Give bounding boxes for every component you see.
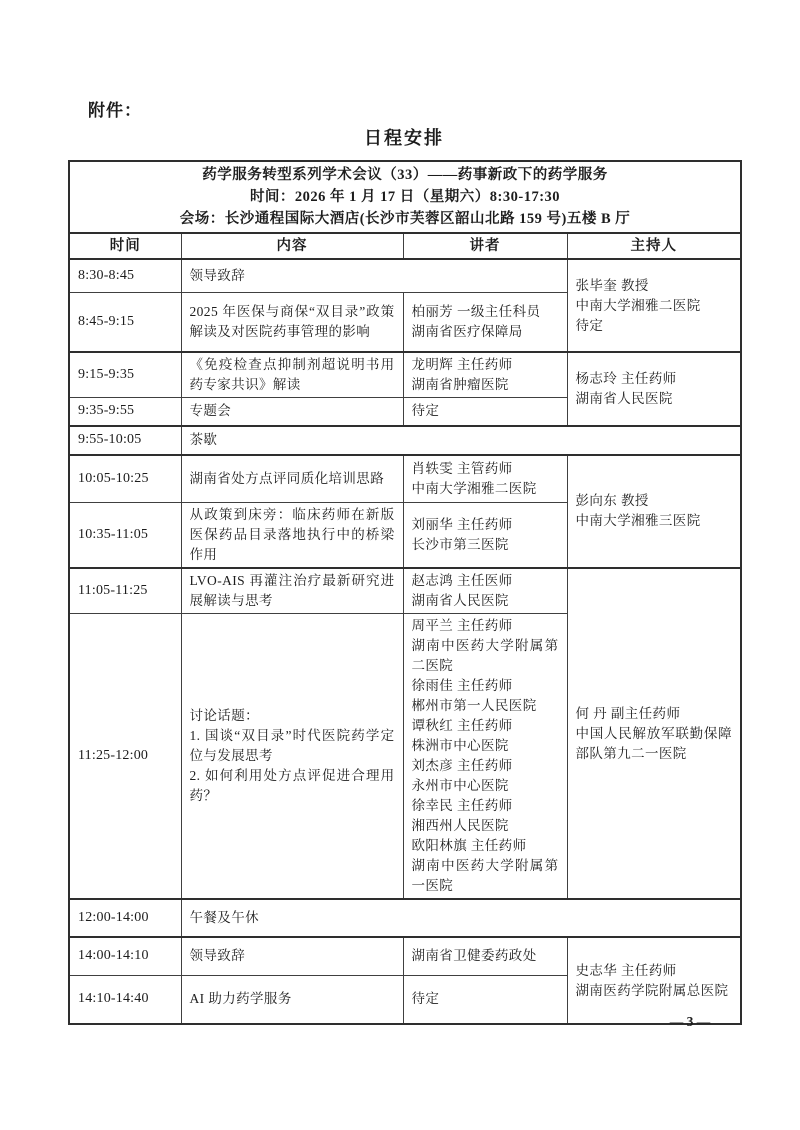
meeting-time: 时间：2026 年 1 月 17 日（星期六）8:30-17:30 bbox=[78, 186, 732, 208]
cell-moderator: 杨志玲 主任药师 湖南省人民医院 bbox=[567, 352, 741, 426]
cell-speaker: 赵志鸿 主任医师 湖南省人民医院 bbox=[403, 568, 567, 614]
agenda-table: 药学服务转型系列学术会议（33）——药事新政下的药学服务 时间：2026 年 1… bbox=[68, 160, 742, 1025]
cell-content: 领导致辞 bbox=[181, 937, 403, 975]
cell-speaker: 柏丽芳 一级主任科员 湖南省医疗保障局 bbox=[403, 292, 567, 352]
cell-time: 11:05-11:25 bbox=[69, 568, 181, 614]
column-header-time: 时间 bbox=[69, 233, 181, 259]
table-row: 10:05-10:25 湖南省处方点评同质化培训思路 肖轶雯 主管药师 中南大学… bbox=[69, 455, 741, 503]
document-page: 附件： 日程安排 药学服务转型系列学术会议（33）——药事新政下的药学服务 时间… bbox=[0, 0, 800, 1130]
cell-content: AI 助力药学服务 bbox=[181, 975, 403, 1024]
cell-speaker: 周平兰 主任药师 湖南中医药大学附属第二医院 徐雨佳 主任药师 郴州市第一人民医… bbox=[403, 614, 567, 900]
cell-time: 8:30-8:45 bbox=[69, 259, 181, 292]
cell-time: 9:55-10:05 bbox=[69, 426, 181, 455]
cell-moderator: 张毕奎 教授 中南大学湘雅二医院 待定 bbox=[567, 259, 741, 352]
cell-content: 从政策到床旁：临床药师在新版医保药品目录落地执行中的桥梁作用 bbox=[181, 503, 403, 569]
cell-content: 领导致辞 bbox=[181, 259, 567, 292]
cell-content: 2025 年医保与商保“双目录”政策解读及对医院药事管理的影响 bbox=[181, 292, 403, 352]
cell-time: 11:25-12:00 bbox=[69, 614, 181, 900]
column-header-moderator: 主持人 bbox=[567, 233, 741, 259]
cell-content: 午餐及午休 bbox=[181, 899, 741, 937]
cell-moderator: 彭向东 教授 中南大学湘雅三医院 bbox=[567, 455, 741, 569]
table-row: 8:30-8:45 领导致辞 张毕奎 教授 中南大学湘雅二医院 待定 bbox=[69, 259, 741, 292]
cell-speaker: 刘丽华 主任药师 长沙市第三医院 bbox=[403, 503, 567, 569]
cell-moderator: 何 丹 副主任药师 中国人民解放军联勤保障部队第九二一医院 bbox=[567, 568, 741, 899]
table-row: 9:15-9:35 《免疫检查点抑制剂超说明书用药专家共识》解读 龙明辉 主任药… bbox=[69, 352, 741, 398]
table-row: 11:05-11:25 LVO-AIS 再灌注治疗最新研究进展解读与思考 赵志鸿… bbox=[69, 568, 741, 614]
table-header-block: 药学服务转型系列学术会议（33）——药事新政下的药学服务 时间：2026 年 1… bbox=[69, 161, 741, 233]
page-title: 日程安排 bbox=[68, 124, 740, 150]
cell-content: 湖南省处方点评同质化培训思路 bbox=[181, 455, 403, 503]
cell-moderator: 史志华 主任药师 湖南医药学院附属总医院 bbox=[567, 937, 741, 1024]
cell-speaker: 湖南省卫健委药政处 bbox=[403, 937, 567, 975]
cell-content: 《免疫检查点抑制剂超说明书用药专家共识》解读 bbox=[181, 352, 403, 398]
cell-content: 茶歇 bbox=[181, 426, 741, 455]
cell-time: 8:45-9:15 bbox=[69, 292, 181, 352]
meeting-venue: 会场：长沙通程国际大酒店(长沙市芙蓉区韶山北路 159 号)五楼 B 厅 bbox=[78, 208, 732, 230]
cell-time: 12:00-14:00 bbox=[69, 899, 181, 937]
table-row: 9:55-10:05 茶歇 bbox=[69, 426, 741, 455]
meeting-title: 药学服务转型系列学术会议（33）——药事新政下的药学服务 bbox=[78, 164, 732, 186]
cell-speaker: 待定 bbox=[403, 398, 567, 426]
table-row: 14:00-14:10 领导致辞 湖南省卫健委药政处 史志华 主任药师 湖南医药… bbox=[69, 937, 741, 975]
cell-time: 14:00-14:10 bbox=[69, 937, 181, 975]
cell-time: 9:15-9:35 bbox=[69, 352, 181, 398]
cell-content: LVO-AIS 再灌注治疗最新研究进展解读与思考 bbox=[181, 568, 403, 614]
cell-time: 10:05-10:25 bbox=[69, 455, 181, 503]
cell-speaker: 龙明辉 主任药师 湖南省肿瘤医院 bbox=[403, 352, 567, 398]
column-header-speaker: 讲者 bbox=[403, 233, 567, 259]
table-row: 12:00-14:00 午餐及午休 bbox=[69, 899, 741, 937]
cell-time: 10:35-11:05 bbox=[69, 503, 181, 569]
page-number: — 3 — bbox=[650, 1014, 730, 1030]
cell-content: 讨论话题： 1. 国谈“双目录”时代医院药学定位与发展思考 2. 如何利用处方点… bbox=[181, 614, 403, 900]
cell-speaker: 待定 bbox=[403, 975, 567, 1024]
attachment-label: 附件： bbox=[88, 96, 142, 121]
cell-speaker: 肖轶雯 主管药师 中南大学湘雅二医院 bbox=[403, 455, 567, 503]
column-header-content: 内容 bbox=[181, 233, 403, 259]
cell-content: 专题会 bbox=[181, 398, 403, 426]
cell-time: 14:10-14:40 bbox=[69, 975, 181, 1024]
cell-time: 9:35-9:55 bbox=[69, 398, 181, 426]
